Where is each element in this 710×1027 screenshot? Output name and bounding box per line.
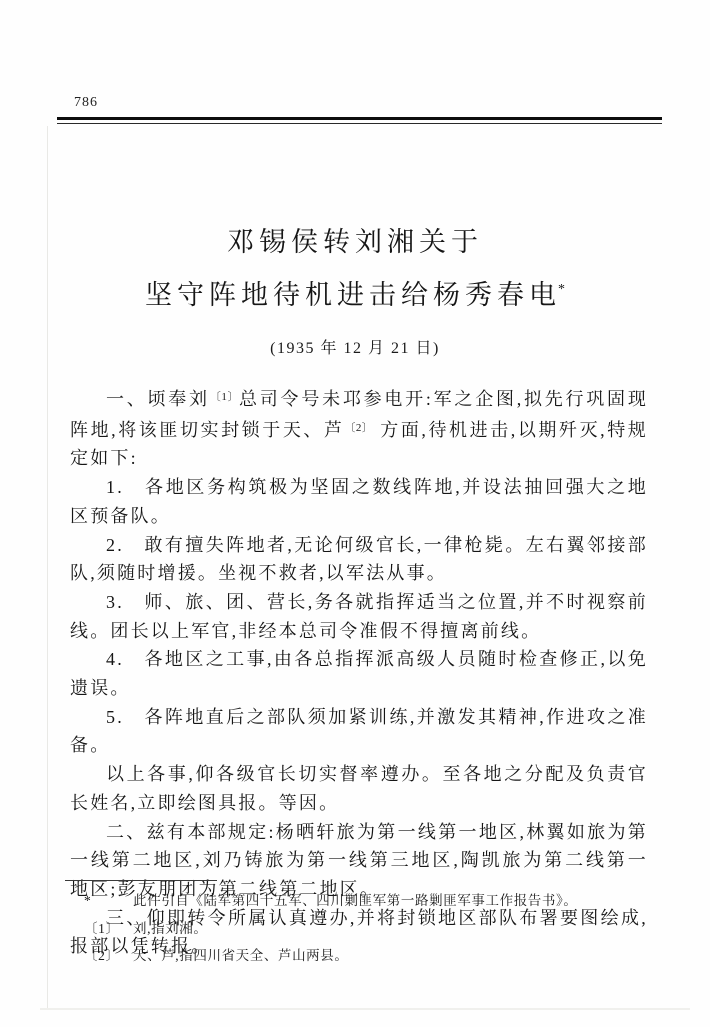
title-line-1: 邓锡侯转刘湘关于 bbox=[0, 218, 710, 266]
footnote-row: 〔2〕天、芦,指四川省天全、芦山两县。 bbox=[84, 942, 644, 970]
footnote-text: 刘,指刘湘。 bbox=[133, 915, 644, 943]
paragraph: 4. 各地区之工事,由各总指挥派高级人员随时检查修正,以免遗误。 bbox=[70, 645, 648, 702]
document-title: 邓锡侯转刘湘关于 坚守阵地待机进击给杨秀春电* bbox=[0, 218, 710, 319]
footnotes: *此件引自《陆军第四十五军、四川剿匪军第一路剿匪军事工作报告书》。〔1〕刘,指刘… bbox=[84, 887, 644, 970]
footnote-row: 〔1〕刘,指刘湘。 bbox=[84, 915, 644, 943]
footnote-ref: 〔1〕 bbox=[210, 391, 239, 403]
footnote-row: *此件引自《陆军第四十五军、四川剿匪军第一路剿匪军事工作报告书》。 bbox=[84, 887, 644, 915]
scan-edge-artifact-bottom bbox=[40, 1008, 690, 1010]
footnote-text: 天、芦,指四川省天全、芦山两县。 bbox=[133, 942, 644, 970]
title-footnote-star: * bbox=[558, 282, 565, 297]
text-run: 5. 各阵地直后之部队须加紧训练,并激发其精神,作进攻之准备。 bbox=[70, 707, 648, 756]
paragraph: 1. 各地区务构筑极为坚固之数线阵地,并设法抽回强大之地区预备队。 bbox=[70, 473, 648, 530]
paragraph: 5. 各阵地直后之部队须加紧训练,并激发其精神,作进攻之准备。 bbox=[70, 703, 648, 760]
footnote-text: 此件引自《陆军第四十五军、四川剿匪军第一路剿匪军事工作报告书》。 bbox=[133, 887, 644, 915]
title-line-2-text: 坚守阵地待机进击给杨秀春电 bbox=[145, 280, 561, 310]
footnote-marker: * bbox=[84, 887, 133, 915]
text-run: 1. 各地区务构筑极为坚固之数线阵地,并设法抽回强大之地区预备队。 bbox=[70, 477, 648, 526]
paragraph: 3. 师、旅、团、营长,务各就指挥适当之位置,并不时视察前线。团长以上军官,非经… bbox=[70, 588, 648, 645]
header-rule-thin bbox=[57, 123, 662, 124]
text-run: 3. 师、旅、团、营长,务各就指挥适当之位置,并不时视察前线。团长以上军官,非经… bbox=[70, 592, 648, 641]
text-run: 一、顷奉刘 bbox=[106, 389, 210, 409]
body-paragraphs: 一、顷奉刘〔1〕总司令号未邛参电开:军之企图,拟先行巩固现阵地,将该匪切实封锁于… bbox=[70, 383, 648, 961]
footnote-separator bbox=[65, 880, 217, 881]
document-date: (1935 年 12 月 21 日) bbox=[0, 335, 710, 358]
footnote-ref: 〔2〕 bbox=[345, 422, 374, 434]
document-page: 786 邓锡侯转刘湘关于 坚守阵地待机进击给杨秀春电* (1935 年 12 月… bbox=[0, 0, 710, 1027]
text-run: 2. 敢有擅失阵地者,无论何级官长,一律枪毙。左右翼邻接部队,须随时增援。坐视不… bbox=[70, 535, 648, 584]
paragraph: 一、顷奉刘〔1〕总司令号未邛参电开:军之企图,拟先行巩固现阵地,将该匪切实封锁于… bbox=[70, 383, 648, 473]
title-line-2: 坚守阵地待机进击给杨秀春电* bbox=[0, 266, 710, 319]
paragraph: 2. 敢有擅失阵地者,无论何级官长,一律枪毙。左右翼邻接部队,须随时增援。坐视不… bbox=[70, 531, 648, 588]
page-number: 786 bbox=[74, 95, 98, 111]
text-run: 以上各事,仰各级官长切实督率遵办。至各地之分配及负责官长姓名,立即绘图具报。等因… bbox=[70, 764, 648, 813]
header-rule-thick bbox=[57, 117, 662, 120]
paragraph: 以上各事,仰各级官长切实督率遵办。至各地之分配及负责官长姓名,立即绘图具报。等因… bbox=[70, 760, 648, 817]
footnote-marker: 〔2〕 bbox=[84, 942, 133, 970]
footnote-marker: 〔1〕 bbox=[84, 915, 133, 943]
text-run: 4. 各地区之工事,由各总指挥派高级人员随时检查修正,以免遗误。 bbox=[70, 649, 648, 698]
